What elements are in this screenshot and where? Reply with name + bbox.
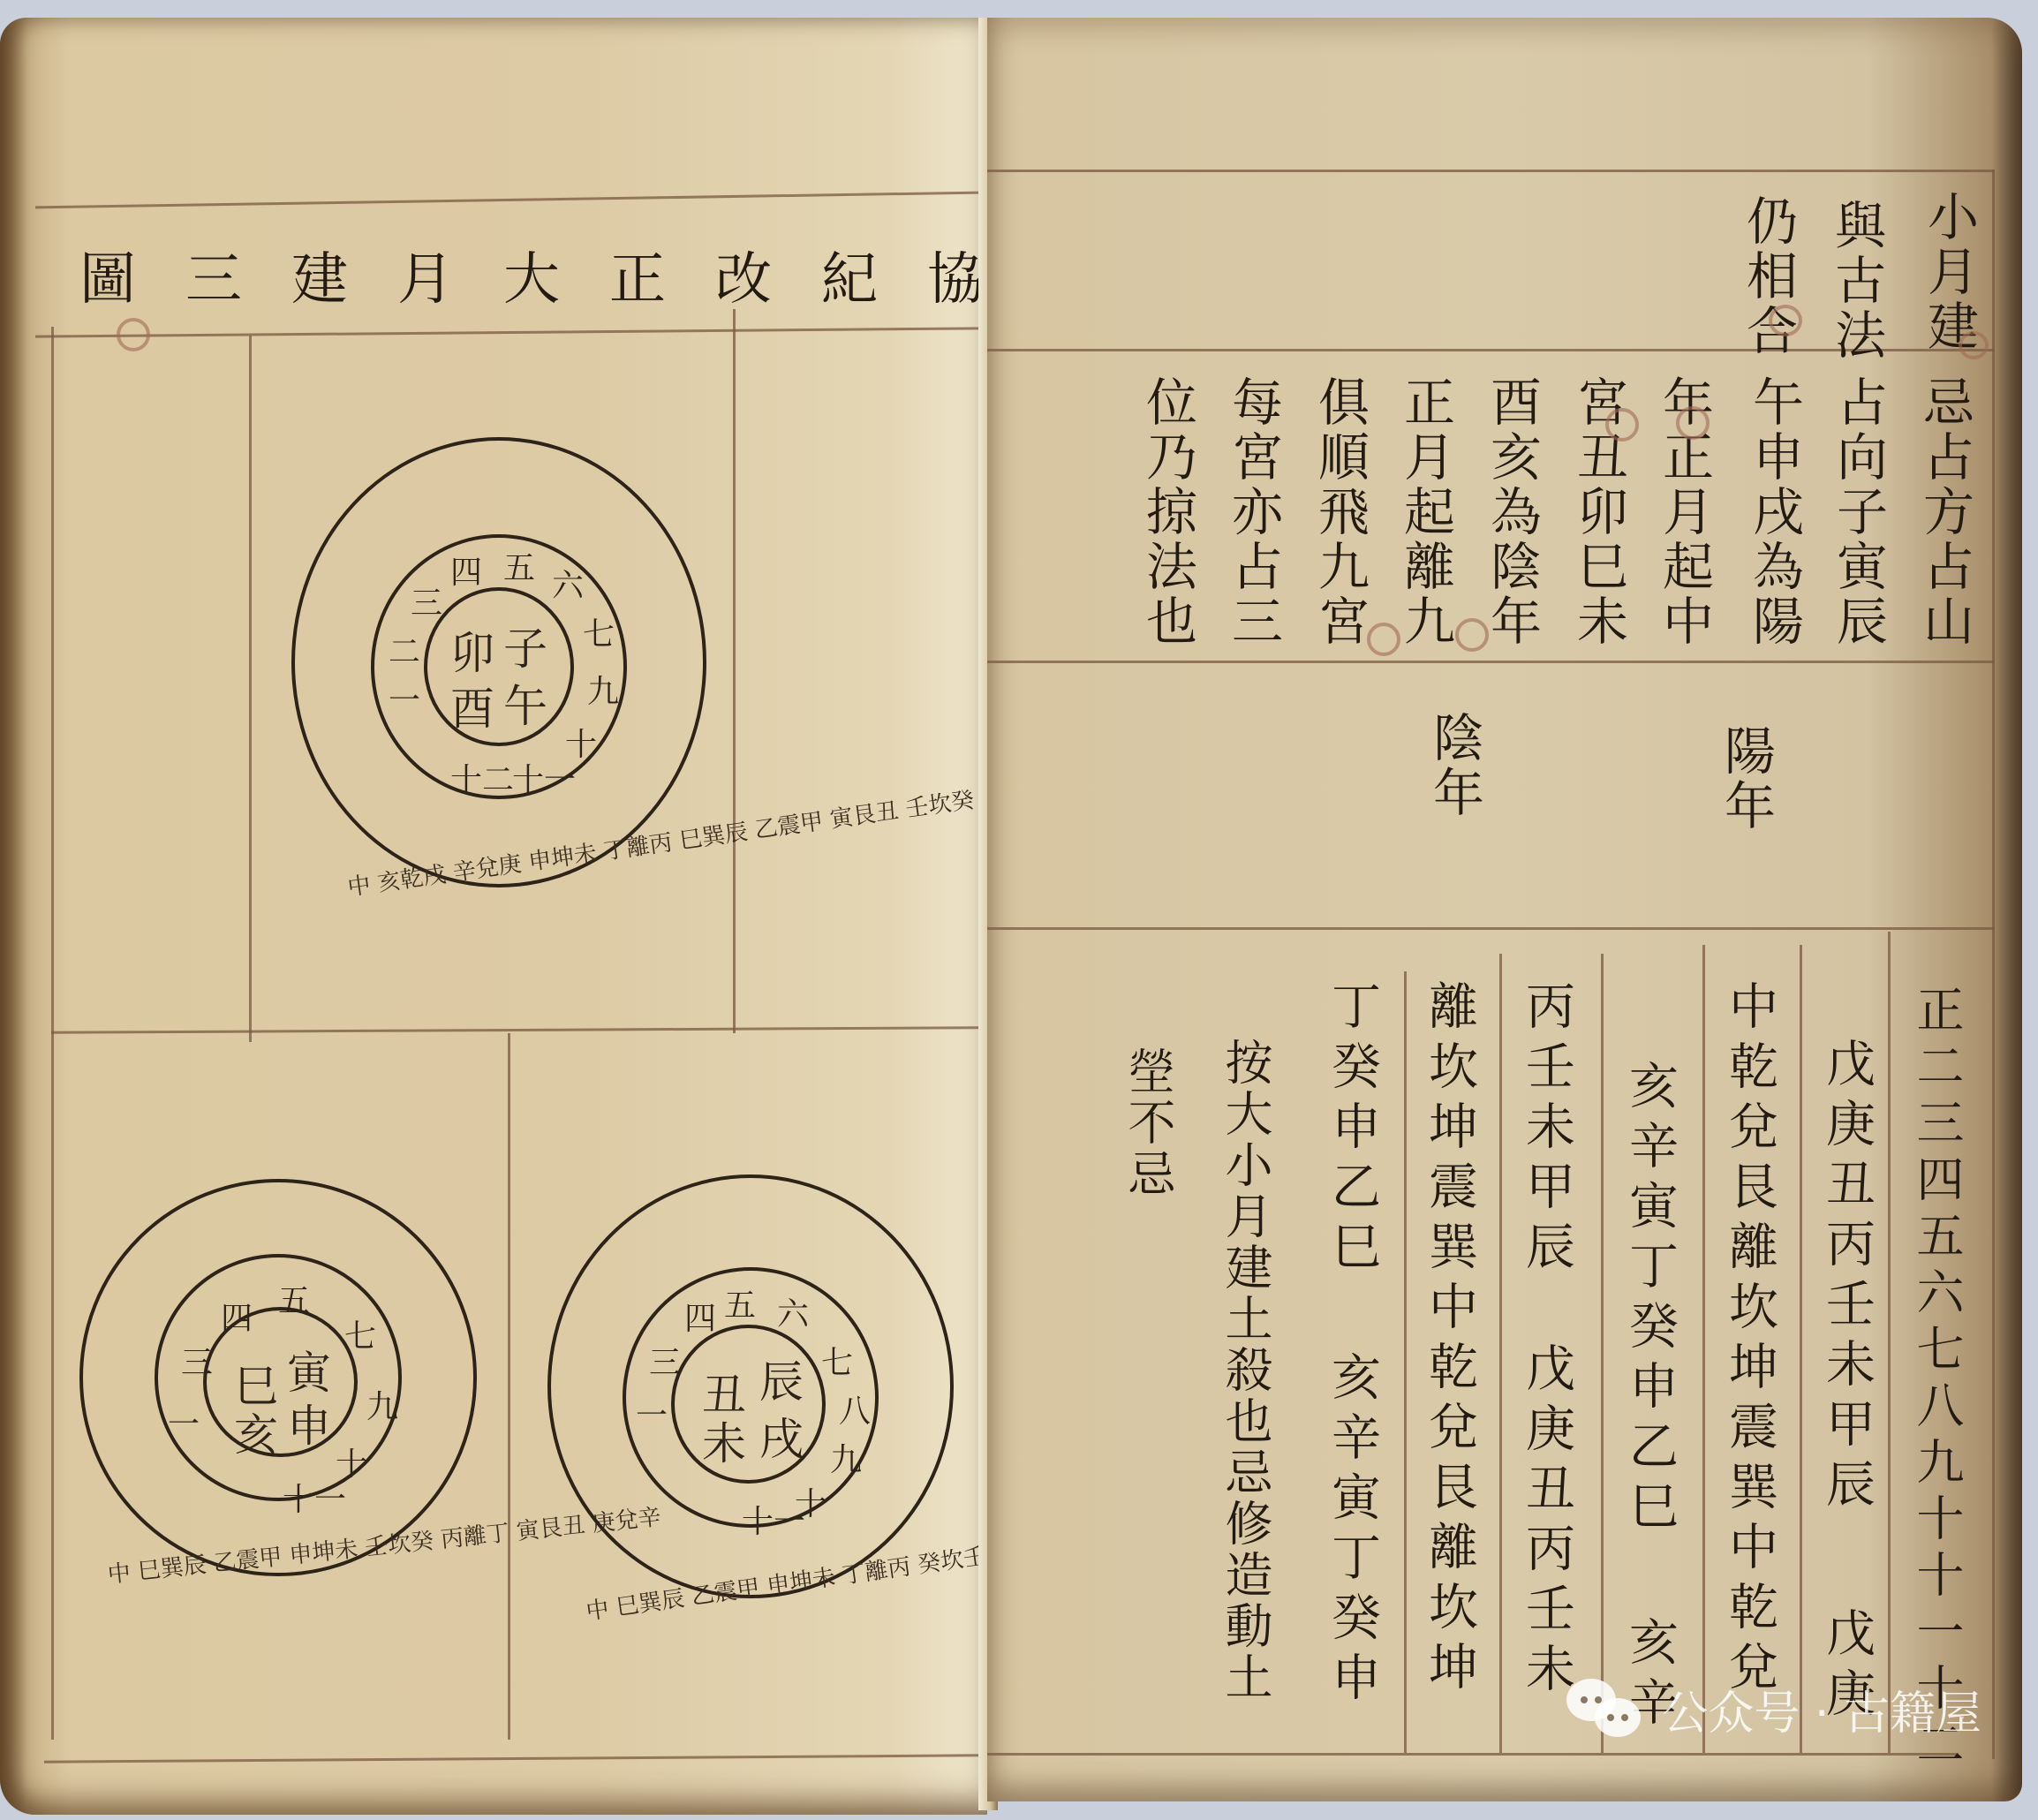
table-divider: [1601, 954, 1604, 1753]
inner-divider-top-2: [733, 309, 736, 1033]
wechat-icon: [1566, 1679, 1646, 1741]
ring-number: 四: [684, 1294, 716, 1339]
center-char: 辰: [759, 1347, 804, 1410]
ring-number: 五: [278, 1276, 310, 1321]
ring-number: 五: [503, 543, 535, 588]
table-divider: [1499, 954, 1502, 1753]
ring-number: 九: [366, 1382, 398, 1427]
ring-number: 三: [181, 1338, 213, 1383]
month-column: 正二三四五六七八九十十一十二: [1913, 985, 1960, 1776]
text-column: 位乃掠法也: [1142, 375, 1193, 649]
table-column: 丁癸申乙巳: [1327, 980, 1377, 1280]
section-rule-3: [987, 927, 1994, 930]
text-column: 酉亥為陰年: [1486, 375, 1537, 649]
ring-number: 六: [777, 1289, 809, 1334]
ring-number: 九: [830, 1435, 862, 1480]
right-border: [1992, 170, 1995, 1759]
right-page: 小月建 與古法 仍相合 忌占方占山 占向子寅辰 午申戌為陽 年正月起中 宮丑卯巳…: [987, 18, 2022, 1801]
seal-mark: [1959, 331, 1989, 359]
seal-mark: [1676, 406, 1710, 440]
inner-divider-bottom: [508, 1033, 510, 1740]
ring-number: 十一: [512, 755, 576, 800]
seal-mark: [117, 318, 150, 351]
center-char: 卯: [450, 618, 494, 682]
ring-number: 十二: [450, 755, 514, 800]
table-column: 丙壬未甲辰: [1521, 980, 1571, 1280]
text-column: 忌占方占山: [1919, 375, 1970, 649]
section-rule-2: [987, 661, 1994, 663]
diagram-top: 子 午 卯 酉 一 二 三 四 五 六 七 九 十 十一 十二 中 亥乾戌 辛兌…: [291, 437, 706, 887]
center-char: 子: [503, 614, 547, 677]
table-column: 戊庚丑丙壬未: [1521, 1342, 1571, 1703]
text-column: 午申戌為陽: [1748, 375, 1800, 649]
ring-number: 三: [649, 1338, 681, 1383]
ring-number: 二: [389, 627, 420, 672]
ring-number: 三: [411, 578, 442, 623]
table-column: 亥辛寅丁癸申: [1327, 1351, 1377, 1711]
watermark-label: 公众号 · 古籍屋: [1662, 1676, 1981, 1742]
ring-number: 七: [821, 1338, 853, 1383]
table-divider: [1888, 932, 1891, 1753]
table-column: 亥辛寅丁癸申乙巳: [1625, 1060, 1674, 1540]
yin-year-label: 陰年: [1429, 711, 1480, 820]
ring-number: 六: [552, 561, 584, 606]
ring-number: 四: [221, 1294, 253, 1339]
diagram-bottom-left: 寅 申 巳 亥 一 三 四 五 七 九 十 十一 中 巳巽辰 乙震甲 申坤未 壬…: [79, 1179, 477, 1576]
text-column: 占向子寅辰: [1832, 375, 1883, 649]
ring-number: 五: [724, 1280, 756, 1325]
center-char: 亥: [234, 1400, 278, 1463]
ring-number: 四: [450, 548, 482, 593]
bottom-rule: [987, 1753, 1959, 1756]
center-char: 午: [503, 671, 547, 735]
middle-rule: [51, 1026, 978, 1033]
seal-mark: [1367, 623, 1400, 656]
ring-number: 一: [636, 1391, 668, 1436]
center-char: 戌: [759, 1404, 804, 1468]
note-text: 按大小月建土殺也忌修造動土: [1221, 1038, 1269, 1703]
left-page: 協紀改正大月建三圖 子 午 卯 酉 一 二 三 四 五 六 七 九 十 十一 十…: [0, 18, 987, 1815]
table-divider: [1702, 945, 1705, 1753]
ring-number: 八: [839, 1386, 871, 1431]
diagram-bottom-right: 辰 戌 丑 未 一 三 四 五 六 七 八 九 十 十一 中 巳巽辰 乙震甲 申…: [547, 1174, 954, 1598]
ring-number: 一: [389, 676, 420, 721]
text-column: 每宮亦占三: [1227, 375, 1279, 649]
center-char: 未: [702, 1408, 746, 1472]
seal-mark: [1455, 618, 1489, 652]
inner-ring: [424, 587, 574, 746]
center-char: 申: [287, 1391, 331, 1454]
center-char: 酉: [450, 674, 494, 737]
note-text: 塋不忌: [1124, 1046, 1172, 1200]
title-top-rule: [35, 192, 980, 209]
ring-number: 十一: [283, 1475, 346, 1520]
yang-year-label: 陽年: [1720, 724, 1771, 834]
watermark: 公众号 · 古籍屋: [1566, 1676, 1981, 1742]
title-bottom-rule: [35, 327, 980, 337]
ring-number: 九: [587, 667, 619, 712]
seal-mark: [1605, 408, 1639, 442]
ring-number: 七: [583, 609, 615, 654]
text-column: 俱順飛九宮: [1314, 375, 1365, 649]
inner-divider-top-1: [249, 336, 252, 1042]
top-rule: [987, 170, 1994, 172]
table-column: 中乾兌艮離坎坤震巽中乾兌: [1725, 980, 1774, 1701]
table-column: 離坎坤震巽中乾兌艮離坎坤: [1424, 980, 1474, 1701]
ring-number: 一: [168, 1400, 200, 1445]
ring-number: 十一: [742, 1497, 805, 1542]
text-column: 與古法: [1830, 199, 1882, 363]
text-column: 正月起離九: [1400, 375, 1451, 649]
table-divider: [1800, 945, 1802, 1753]
seal-mark: [1769, 305, 1802, 336]
ring-number: 七: [344, 1311, 376, 1356]
page-title: 協紀改正大月建三圖: [79, 234, 1033, 315]
table-divider: [1404, 971, 1407, 1753]
table-column: 戊庚丑丙壬未甲辰: [1822, 1038, 1871, 1518]
text-column: 小月建: [1923, 190, 1974, 354]
bottom-rule: [44, 1754, 980, 1763]
